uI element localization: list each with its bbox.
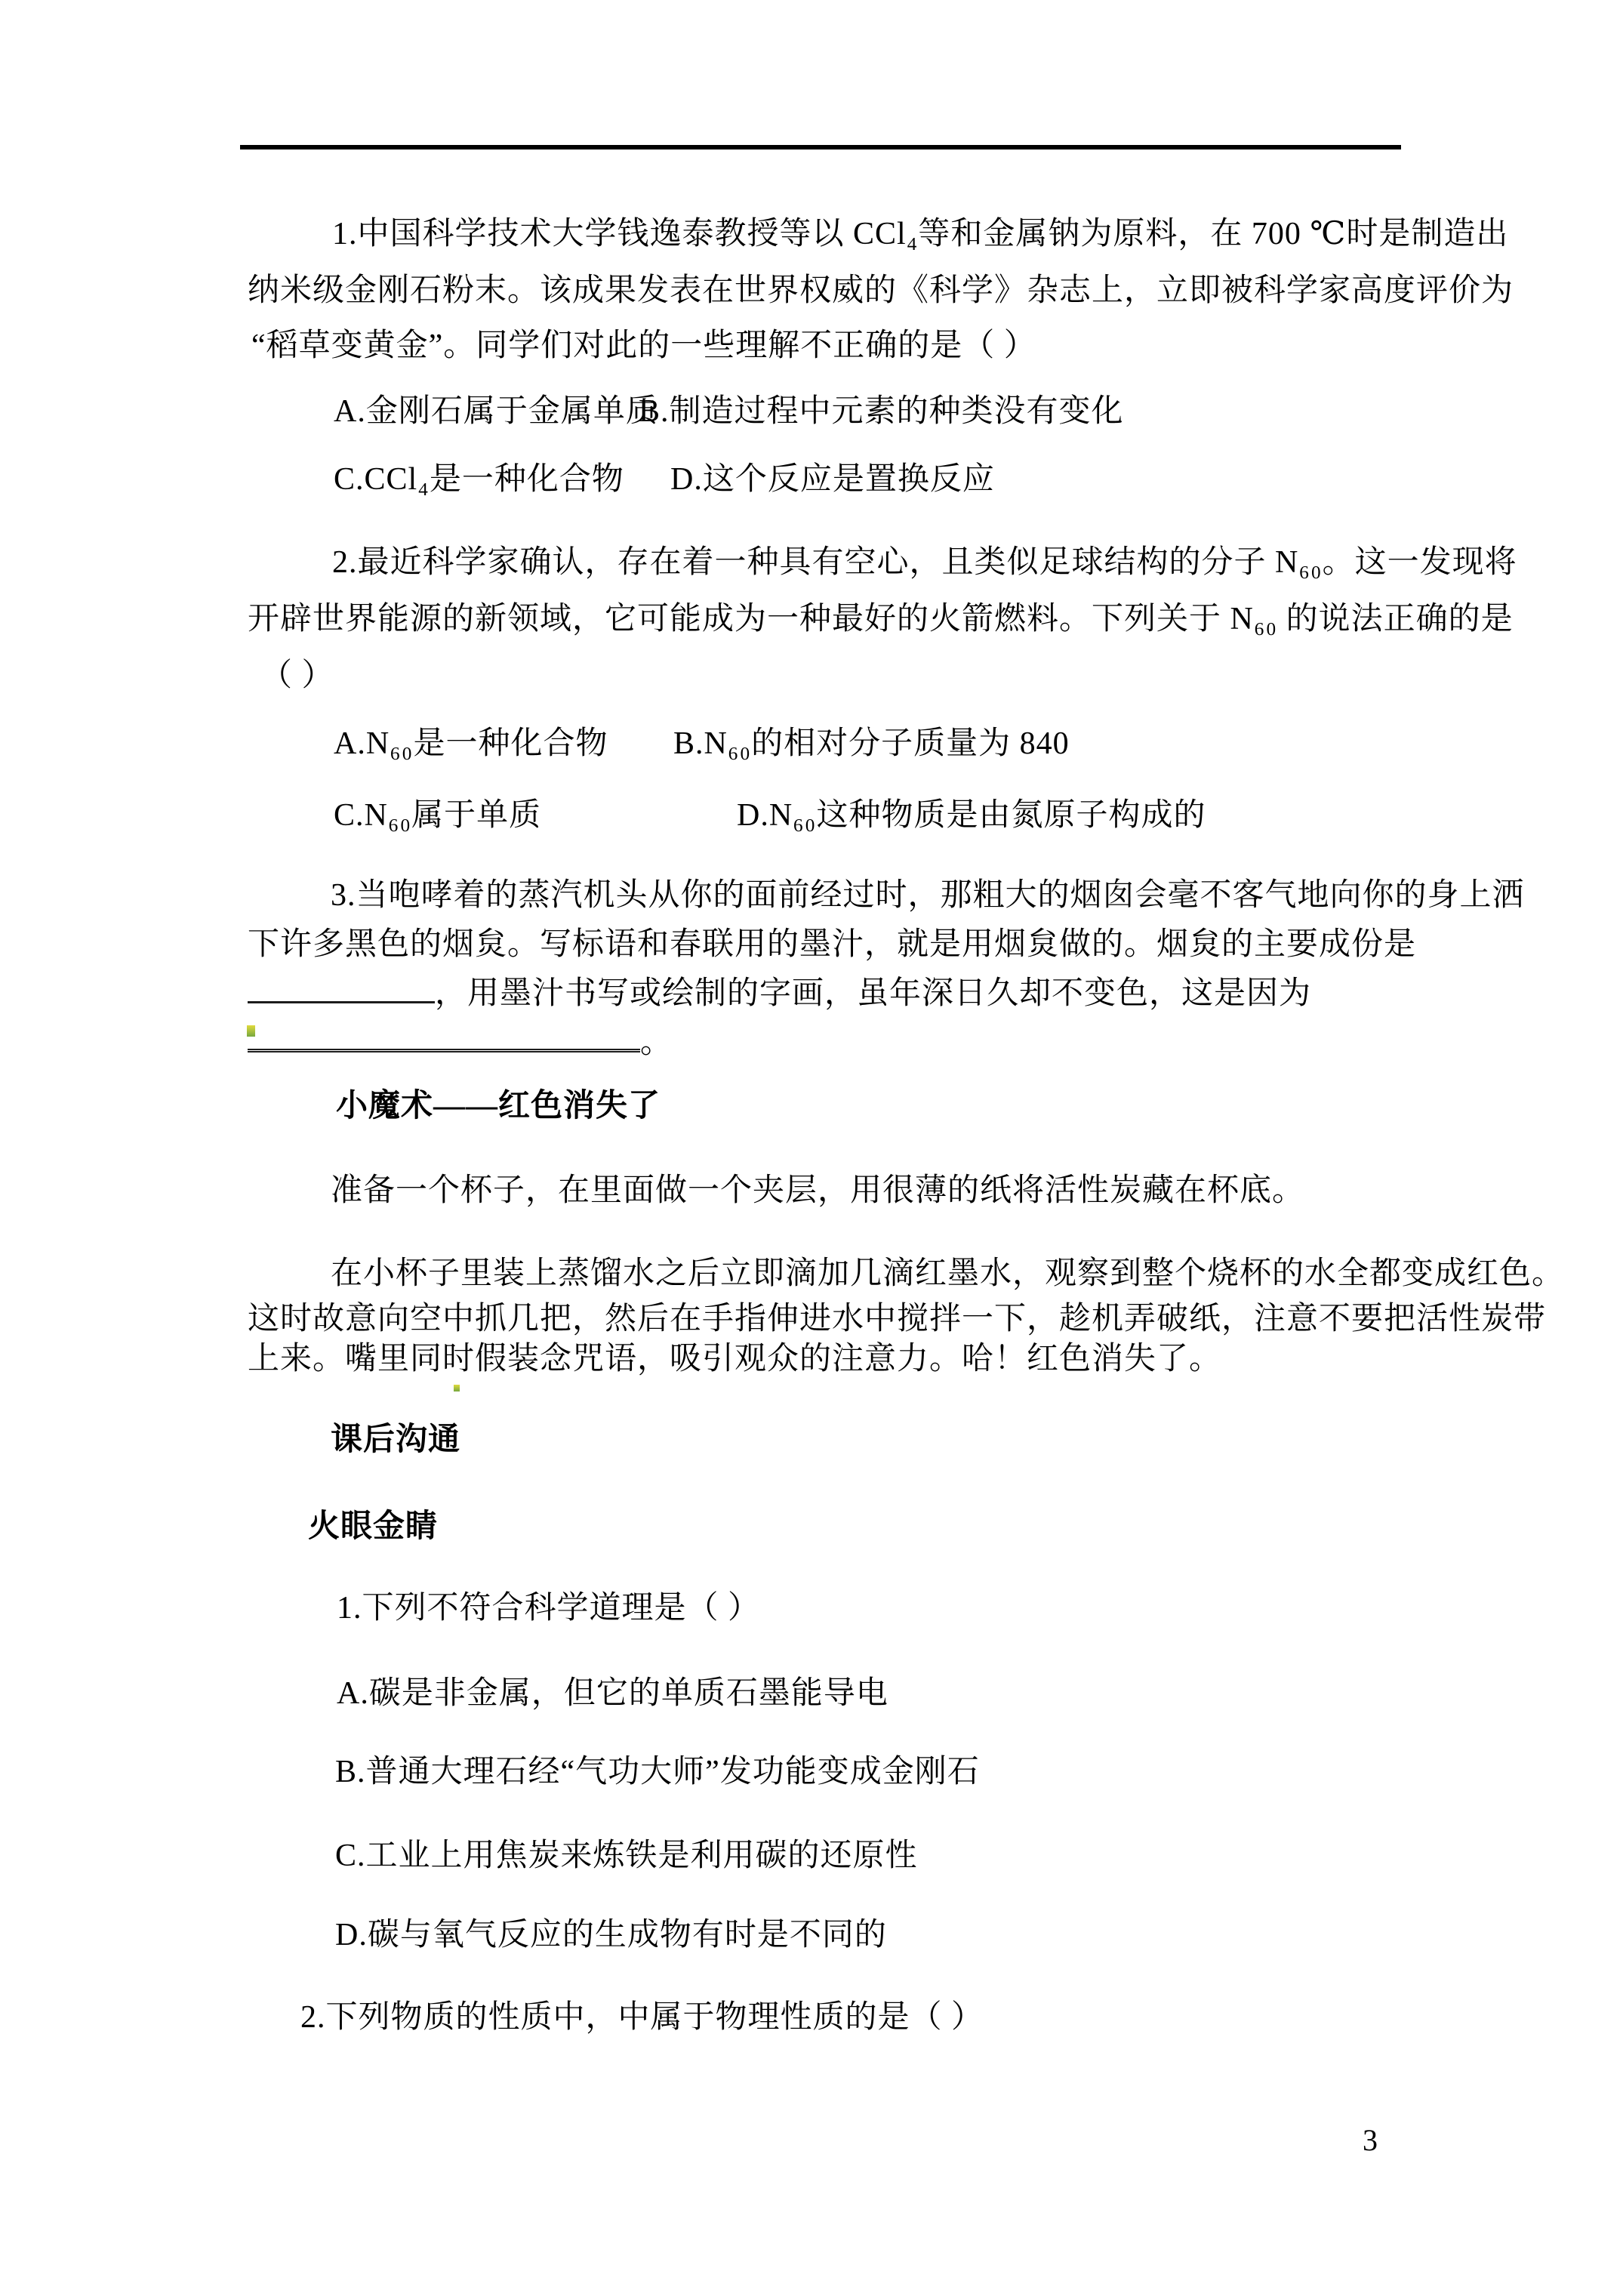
q3-text-line-2: 下许多黑色的烟炱。写标语和春联用的墨汁，就是用烟炱做的。烟炱的主要成份是: [248, 925, 1416, 964]
q1-option-c: C.CCl₄是一种化合物: [334, 462, 624, 497]
eye-q1-option-a: A.碳是非金属，但它的单质石墨能导电: [337, 1674, 888, 1713]
magic-para-2-line-1: 在小杯子里装上蒸馏水之后立即滴加几滴红墨水，观察到整个烧杯的水全都变成红色。: [331, 1254, 1564, 1293]
after-class-heading: 课后沟通: [331, 1420, 460, 1459]
q1-options-row-ab: A.金刚石属于金属单质 B.制造过程中元素的种类没有变化: [334, 392, 658, 431]
q2-text-line-3: （ ）: [260, 656, 334, 695]
q1-option-d: D.这个反应是置换反应: [670, 460, 995, 499]
q2-option-a: A.N₆₀是一种化合物: [334, 726, 608, 761]
eye-q1-option-b: B.普通大理石经“气功大师”发功能变成金刚石: [335, 1752, 980, 1792]
q3-text-line-3: ，用墨汁书写或绘制的字画，虽年深日久却不变色，这是因为: [248, 974, 1311, 1013]
q2-options-row-ab: A.N₆₀是一种化合物 B.N₆₀的相对分子质量为 840: [334, 724, 608, 763]
magic-para-2-line-2: 这时故意向空中抓几把，然后在手指伸进水中搅拌一下，趁机弄破纸，注意不要把活性炭带: [248, 1299, 1546, 1339]
eye-q1-option-d: D.碳与氧气反应的生成物有时是不同的: [335, 1915, 887, 1955]
q2-text-line-1: 2.最近科学家确认，存在着一种具有空心，且类似足球结构的分子 N₆₀。这一发现将: [332, 543, 1517, 582]
sharp-eye-heading: 火眼金睛: [308, 1507, 438, 1546]
fill-in-blank-short: [248, 975, 435, 1003]
spellcheck-artifact-dot: [454, 1385, 460, 1391]
cursor-artifact-mark: [247, 1025, 255, 1037]
q2-option-d: D.N₆₀这种物质是由氮原子构成的: [737, 796, 1206, 835]
magic-para-1: 准备一个杯子，在里面做一个夹层，用很薄的纸将活性炭藏在杯底。: [331, 1171, 1304, 1210]
q1-option-b: B.制造过程中元素的种类没有变化: [639, 392, 1124, 431]
magic-section-title: 小魔术——红色消失了: [336, 1086, 661, 1126]
q3-text-line-4: 。: [248, 1023, 673, 1062]
q2-option-b: B.N₆₀的相对分子质量为 840: [673, 724, 1070, 763]
q2-option-c: C.N₆₀属于单质: [334, 798, 541, 833]
eye-q1-text: 1.下列不符合科学道理是（ ）: [337, 1589, 760, 1628]
eye-q1-option-c: C.工业上用焦炭来炼铁是利用碳的还原性: [335, 1836, 918, 1875]
eye-q2-text: 2.下列物质的性质中，中属于物理性质的是（ ）: [300, 1998, 984, 2037]
q3-line-4-text: 。: [640, 1025, 673, 1060]
q3-line-3-text: ，用墨汁书写或绘制的字画，虽年深日久却不变色，这是因为: [435, 976, 1311, 1011]
page-number: 3: [1363, 2123, 1378, 2158]
q1-option-a: A.金刚石属于金属单质: [334, 394, 658, 429]
header-rule: [240, 145, 1401, 149]
q2-text-line-2: 开辟世界能源的新领域，它可能成为一种最好的火箭燃料。下列关于 N₆₀ 的说法正确…: [248, 599, 1514, 639]
q1-text-line-1: 1.中国科学技术大学钱逸泰教授等以 CCl₄等和金属钠为原料，在 700 ℃时是…: [332, 214, 1508, 254]
q2-options-row-cd: C.N₆₀属于单质 D.N₆₀这种物质是由氮原子构成的: [334, 796, 541, 835]
q1-text-line-3: “稻草变黄金”。同学们对此的一些理解不正确的是（ ）: [251, 326, 1036, 365]
q1-text-line-2: 纳米级金刚石粉末。该成果发表在世界权威的《科学》杂志上，立即被科学家高度评价为: [248, 271, 1514, 310]
q1-options-row-cd: C.CCl₄是一种化合物 D.这个反应是置换反应: [334, 460, 624, 499]
fill-in-blank-long: [248, 1023, 640, 1052]
magic-para-2-line-3: 上来。嘴里同时假装念咒语，吸引观众的注意力。哈！红色消失了。: [248, 1339, 1221, 1379]
document-page: 1.中国科学技术大学钱逸泰教授等以 CCl₄等和金属钠为原料，在 700 ℃时是…: [0, 0, 1623, 2296]
q3-text-line-1: 3.当咆哮着的蒸汽机头从你的面前经过时，那粗大的烟囱会毫不客气地向你的身上洒: [331, 876, 1525, 915]
